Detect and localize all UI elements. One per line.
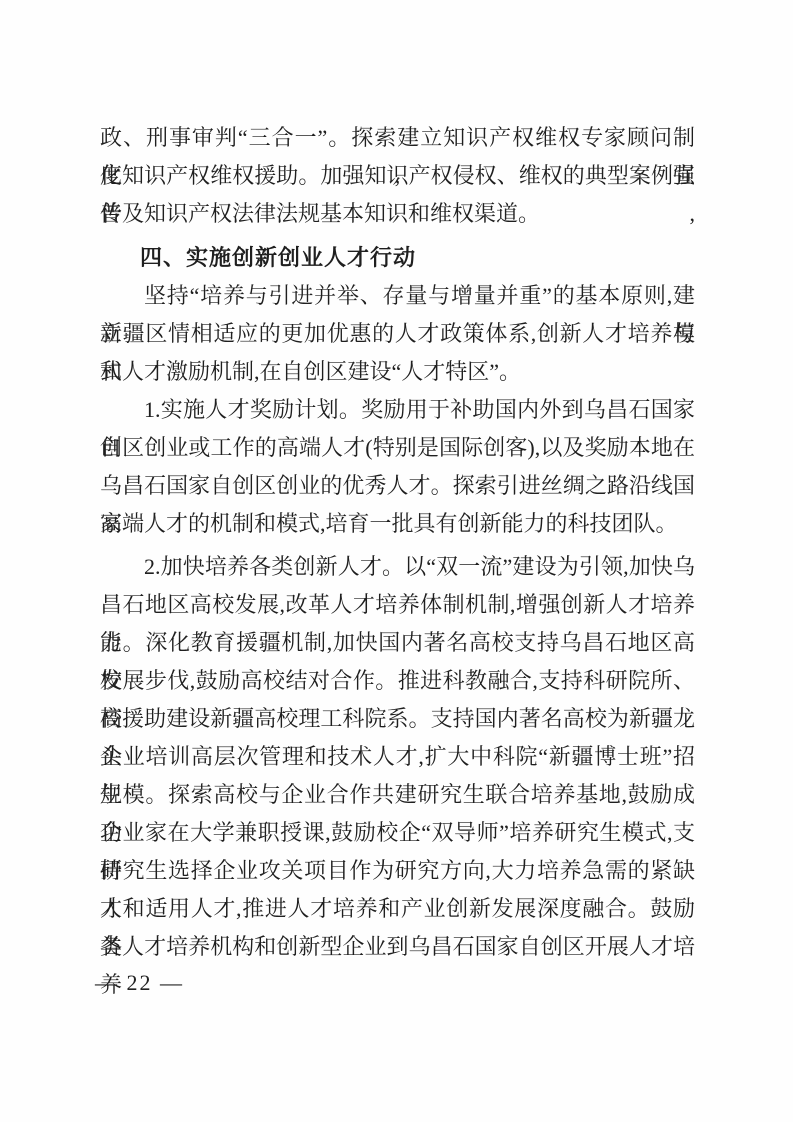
text-line: 化知识产权维权援助。加强知识产权侵权、维权的典型案例宣传, (100, 157, 695, 195)
document-body: 政、刑事审判“三合一”。探索建立知识产权维权专家顾问制度,强 化知识产权维权援助… (100, 119, 695, 966)
text-line: 发展步伐,鼓励高校结对合作。推进科教融合,支持科研院所、高 (100, 662, 695, 700)
text-line: 坚持“培养与引进并举、存量与增量并重”的基本原则,建立与 (100, 277, 695, 315)
text-line: 才和适用人才,推进人才培养和产业创新发展深度融合。鼓励各 (100, 890, 695, 928)
text-line: 校援助建设新疆高校理工科院系。支持国内著名高校为新疆龙头 (100, 700, 695, 738)
section-heading: 四、实施创新创业人才行动 (100, 239, 695, 277)
text-line: 研究生选择企业攻关项目作为研究方向,大力培养急需的紧缺人 (100, 852, 695, 890)
text-line: 高端人才的机制和模式,培育一批具有创新能力的科技团队。 (100, 505, 695, 543)
text-line: 企业家在大学兼职授课,鼓励校企“双导师”培养研究生模式,支持 (100, 814, 695, 852)
text-line: 新疆区情相适应的更加优惠的人才政策体系,创新人才培养模式 (100, 315, 695, 353)
text-line: 力。深化教育援疆机制,加快国内著名高校支持乌昌石地区高校 (100, 624, 695, 662)
text-line: 1.实施人才奖励计划。奖励用于补助国内外到乌昌石国家自 (100, 391, 695, 429)
text-line: 乌昌石国家自创区创业的优秀人才。探索引进丝绸之路沿线国家 (100, 467, 695, 505)
page-number: — 22 — (95, 970, 184, 996)
text-line: 类人才培养机构和创新型企业到乌昌石国家自创区开展人才培养 (100, 928, 695, 966)
text-line: 和人才激励机制,在自创区建设“人才特区”。 (100, 353, 695, 391)
document-page: 政、刑事审判“三合一”。探索建立知识产权维权专家顾问制度,强 化知识产权维权援助… (0, 0, 793, 1122)
text-line: 昌石地区高校发展,改革人才培养体制机制,增强创新人才培养能 (100, 586, 695, 624)
text-line: 规模。探索高校与企业合作共建研究生联合培养基地,鼓励成功 (100, 776, 695, 814)
text-line: 创区创业或工作的高端人才(特别是国际创客),以及奖励本地在 (100, 429, 695, 467)
text-line: 政、刑事审判“三合一”。探索建立知识产权维权专家顾问制度,强 (100, 119, 695, 157)
text-line: 2.加快培养各类创新人才。以“双一流”建设为引领,加快乌 (100, 548, 695, 586)
text-line: 企业培训高层次管理和技术人才,扩大中科院“新疆博士班”招生 (100, 738, 695, 776)
